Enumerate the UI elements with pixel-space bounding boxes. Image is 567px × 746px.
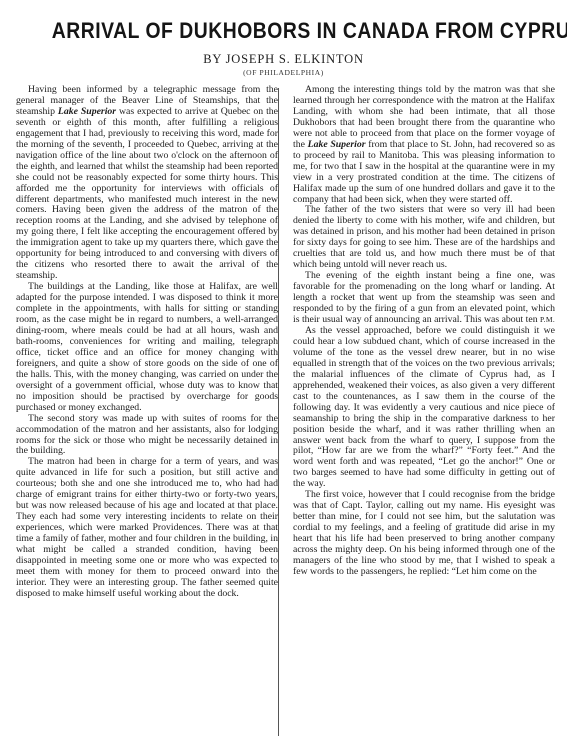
paragraph: The evening of the eighth instant being …	[293, 271, 555, 326]
ship-name: Lake Superior	[58, 106, 116, 117]
paragraph: As the vessel approached, before we coul…	[293, 326, 555, 490]
ship-name: Lake Superior	[308, 139, 366, 150]
paragraph-text: was expected to arrive at Quebec on the …	[16, 106, 278, 281]
author-affiliation: (OF PHILADELPHIA)	[14, 68, 553, 77]
paragraph: Among the interesting things told by the…	[293, 85, 555, 205]
paragraph: Having been informed by a telegraphic me…	[16, 85, 278, 282]
article-byline: BY JOSEPH S. ELKINTON	[14, 52, 553, 67]
paragraph: The buildings at the Landing, like those…	[16, 282, 278, 413]
right-column: Among the interesting things told by the…	[293, 85, 555, 600]
paragraph: The matron had been in charge for a term…	[16, 457, 278, 599]
paragraph: The father of the two sisters that were …	[293, 205, 555, 271]
paragraph: The second story was made up with suites…	[16, 414, 278, 458]
document-page: ARRIVAL OF DUKHOBORS IN CANADA FROM CYPR…	[0, 0, 567, 746]
article-body: Having been informed by a telegraphic me…	[14, 85, 557, 600]
left-column: Having been informed by a telegraphic me…	[16, 85, 278, 600]
paragraph: The first voice, however that I could re…	[293, 490, 555, 578]
article-title: ARRIVAL OF DUKHOBORS IN CANADA FROM CYPR…	[52, 18, 516, 44]
paragraph-text: The evening of the eighth instant being …	[293, 270, 555, 325]
time-abbrev: P.M.	[540, 315, 555, 324]
